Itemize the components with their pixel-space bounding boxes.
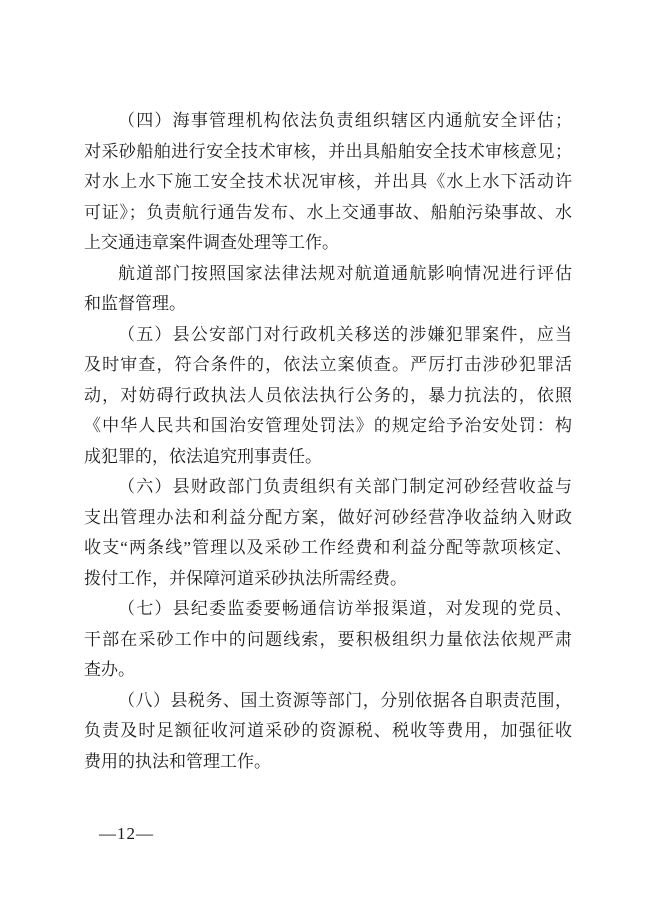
paragraph: （五）县公安部门对行政机关移送的涉嫌犯罪案件，应当 及时审查，符合条件的，依法立…	[84, 320, 572, 473]
text-line: 及时审查，符合条件的，依法立案侦查。严厉打击涉砂犯罪活	[84, 350, 572, 381]
text-line: 和监督管理。	[84, 289, 572, 320]
text-line: 支出管理办法和利益分配方案，做好河砂经营净收益纳入财政	[84, 503, 572, 534]
paragraph: （四）海事管理机构依法负责组织辖区内通航安全评估； 对采砂船舶进行安全技术审核，…	[84, 106, 572, 259]
text-line: 拨付工作，并保障河道采砂执法所需经费。	[84, 564, 572, 595]
page-number: —12—	[99, 822, 154, 846]
text-line: 对水上水下施工安全技术状况审核，并出具《水上水下活动许	[84, 167, 572, 198]
text-line: 查办。	[84, 655, 572, 686]
text-line: 费用的执法和管理工作。	[84, 747, 572, 778]
text-line: （五）县公安部门对行政机关移送的涉嫌犯罪案件，应当	[84, 320, 572, 351]
document-page: （四）海事管理机构依法负责组织辖区内通航安全评估； 对采砂船舶进行安全技术审核，…	[0, 0, 652, 923]
text-line: 成犯罪的，依法追究刑事责任。	[84, 442, 572, 473]
paragraph: （六）县财政部门负责组织有关部门制定河砂经营收益与 支出管理办法和利益分配方案，…	[84, 472, 572, 594]
text-line: 动，对妨碍行政执法人员依法执行公务的，暴力抗法的，依照	[84, 381, 572, 412]
text-line: 对采砂船舶进行安全技术审核，并出具船舶安全技术审核意见；	[84, 137, 572, 168]
text-line: 《中华人民共和国治安管理处罚法》的规定给予治安处罚：构	[84, 411, 572, 442]
text-line: 收支“两条线”管理以及采砂工作经费和利益分配等款项核定、	[84, 533, 572, 564]
text-line: 可证》；负责航行通告发布、水上交通事故、船舶污染事故、水	[84, 198, 572, 229]
text-line: （七）县纪委监委要畅通信访举报渠道，对发现的党员、	[84, 594, 572, 625]
text-line: （八）县税务、国土资源等部门，分别依据各自职责范围，	[84, 686, 572, 717]
text-line: 航道部门按照国家法律法规对航道通航影响情况进行评估	[84, 259, 572, 290]
text-line: （六）县财政部门负责组织有关部门制定河砂经营收益与	[84, 472, 572, 503]
paragraph: （七）县纪委监委要畅通信访举报渠道，对发现的党员、 干部在采砂工作中的问题线索，…	[84, 594, 572, 686]
text-line: 上交通违章案件调查处理等工作。	[84, 228, 572, 259]
paragraph: 航道部门按照国家法律法规对航道通航影响情况进行评估 和监督管理。	[84, 259, 572, 320]
text-line: 负责及时足额征收河道采砂的资源税、税收等费用，加强征收	[84, 716, 572, 747]
text-line: 干部在采砂工作中的问题线索，要积极组织力量依法依规严肃	[84, 625, 572, 656]
paragraph: （八）县税务、国土资源等部门，分别依据各自职责范围， 负责及时足额征收河道采砂的…	[84, 686, 572, 778]
text-line: （四）海事管理机构依法负责组织辖区内通航安全评估；	[84, 106, 572, 137]
document-body-text: （四）海事管理机构依法负责组织辖区内通航安全评估； 对采砂船舶进行安全技术审核，…	[84, 106, 572, 777]
